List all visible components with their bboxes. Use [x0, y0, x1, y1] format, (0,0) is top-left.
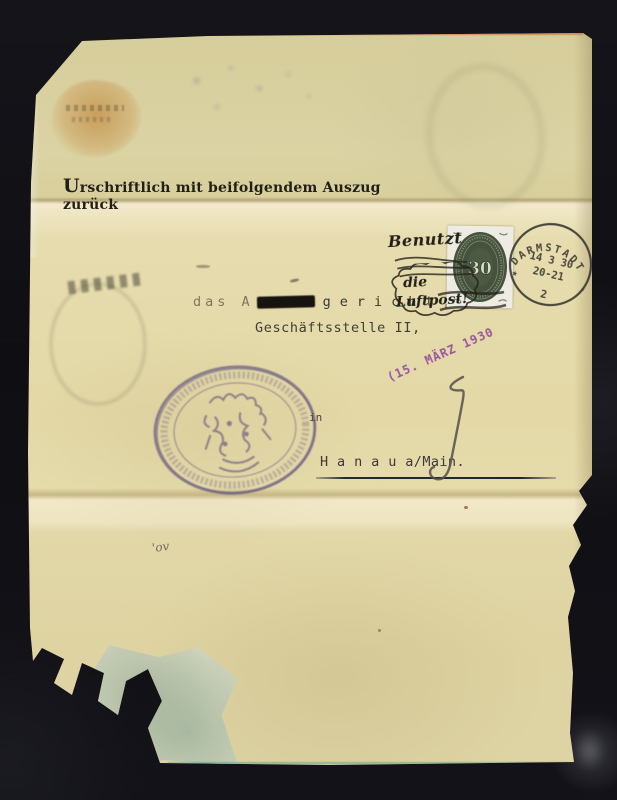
photo-mat-background: Urschriftlich mit beifolgendem Auszug zu…: [0, 0, 617, 800]
ink-smudge-small: [290, 278, 299, 283]
paper-speck: [378, 629, 381, 632]
bleedthrough-text-ghost: [72, 117, 112, 122]
ink-smudge: [166, 51, 336, 129]
address-preposition: in: [309, 411, 322, 424]
address-prefix: das A: [193, 294, 254, 310]
scan-fringe-bottom: [168, 762, 568, 764]
seal-bleedthrough-ghost: [419, 57, 553, 215]
tear-discoloration: [73, 645, 238, 766]
scan-fringe-top: [68, 33, 583, 35]
document-paper: Urschriftlich mit beifolgendem Auszug zu…: [28, 33, 592, 766]
faint-postmark-ghost: [50, 283, 146, 405]
bleedthrough-text-ghost: [66, 105, 124, 111]
postmark-star-ornament: ★: [511, 269, 519, 278]
paper-edge-shadow: [574, 33, 592, 766]
slogan-word-die: die: [403, 274, 428, 291]
seal-rings: [150, 360, 320, 499]
scan-glare: [572, 728, 606, 772]
paper-speck: [464, 506, 468, 509]
ink-smudge-small: [196, 265, 210, 268]
return-note-text: Urschriftlich mit beifolgendem Auszug zu…: [63, 175, 403, 213]
pencil-mark-flourish: [405, 365, 490, 495]
paper-edge-highlight: [28, 88, 40, 258]
official-seal: [144, 356, 325, 505]
seal-coat-of-arms: [201, 391, 274, 474]
pencil-note: 'ov: [151, 539, 170, 555]
redaction-mark: [256, 295, 314, 309]
slogan-word-benutzt: Benutzt: [387, 228, 462, 251]
